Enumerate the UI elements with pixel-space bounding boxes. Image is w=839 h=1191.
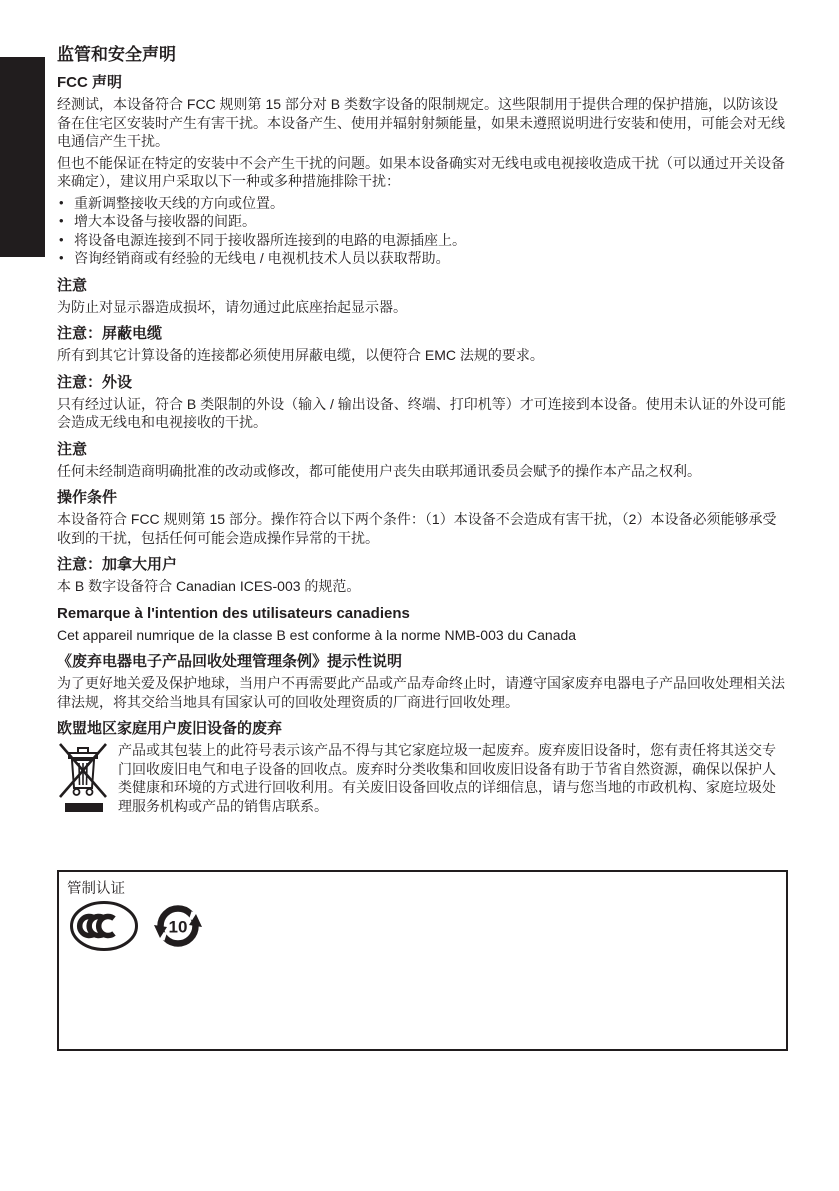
bullet-icon: • [59, 212, 64, 231]
list-item-text: 重新调整接收天线的方向或位置。 [74, 195, 284, 211]
list-item-text: 咨询经销商或有经验的无线电 / 电视机技术人员以获取帮助。 [74, 250, 450, 266]
fcc-paragraph-2: 但也不能保证在特定的安装中不会产生干扰的问题。如果本设备确实对无线电或电视接收造… [57, 154, 787, 191]
page-content: 监管和安全声明 FCC 声明 经测试，本设备符合 FCC 规则第 15 部分对 … [57, 0, 787, 822]
remarque-canada-body: Cet appareil numrique de la classe B est… [57, 626, 787, 645]
bullet-icon: • [59, 194, 64, 213]
fcc-paragraph-1: 经测试，本设备符合 FCC 规则第 15 部分对 B 类数字设备的限制规定。这些… [57, 95, 787, 151]
notice-peripherals-heading: 注意：外设 [57, 374, 787, 391]
bullet-icon: • [59, 249, 64, 268]
efup-years-text: 10 [169, 918, 188, 937]
certification-label: 管制认证 [67, 877, 786, 898]
notice-peripherals-body: 只有经过认证，符合 B 类限制的外设（输入 / 输出设备、终端、打印机等）才可连… [57, 395, 787, 432]
china-rohs-efup-10-logo: 10 [153, 901, 203, 951]
notice-modifications-body: 任何未经制造商明确批准的改动或修改，都可能使用户丧失由联邦通讯委员会赋予的操作本… [57, 462, 787, 481]
bullet-icon: • [59, 231, 64, 250]
list-item: •咨询经销商或有经验的无线电 / 电视机技术人员以获取帮助。 [57, 249, 787, 268]
weee-crossed-out-bin-icon [59, 742, 107, 814]
notice-stand-body: 为防止对显示器造成损坏，请勿通过此底座抬起显示器。 [57, 298, 787, 317]
list-item: •将设备电源连接到不同于接收器所连接到的电路的电源插座上。 [57, 231, 787, 250]
list-item-text: 增大本设备与接收器的间距。 [74, 213, 256, 229]
eu-weee-heading: 欧盟地区家庭用户废旧设备的废弃 [57, 720, 787, 737]
fcc-statement-heading: FCC 声明 [57, 74, 787, 91]
operating-conditions-heading: 操作条件 [57, 489, 787, 506]
list-item-text: 将设备电源连接到不同于接收器所连接到的电路的电源插座上。 [74, 232, 466, 248]
operating-conditions-body: 本设备符合 FCC 规则第 15 部分。操作符合以下两个条件：（1）本设备不会造… [57, 510, 787, 547]
notice-canada-heading: 注意：加拿大用户 [57, 556, 787, 573]
page-edge-tab-marker [0, 57, 45, 257]
page-title: 监管和安全声明 [57, 44, 787, 65]
eu-weee-section: 产品或其包装上的此符号表示该产品不得与其它家庭垃圾一起废弃。废弃废旧设备时，您有… [57, 741, 787, 819]
certification-logos: 10 [68, 900, 786, 952]
list-item: •重新调整接收天线的方向或位置。 [57, 194, 787, 213]
ccc-certification-logo [68, 900, 140, 952]
fcc-remedy-list: •重新调整接收天线的方向或位置。 •增大本设备与接收器的间距。 •将设备电源连接… [57, 194, 787, 268]
notice-shielded-cables-heading: 注意：屏蔽电缆 [57, 325, 787, 342]
notice-modifications-heading: 注意 [57, 441, 787, 458]
list-item: •增大本设备与接收器的间距。 [57, 212, 787, 231]
remarque-canada-heading: Remarque à l'intention des utilisateurs … [57, 605, 787, 622]
notice-stand-heading: 注意 [57, 277, 787, 294]
certification-box: 管制认证 10 [57, 870, 788, 1051]
china-weee-body: 为了更好地关爱及保护地球，当用户不再需要此产品或产品寿命终止时，请遵守国家废弃电… [57, 674, 787, 711]
eu-weee-body: 产品或其包装上的此符号表示该产品不得与其它家庭垃圾一起废弃。废弃废旧设备时，您有… [118, 741, 787, 815]
notice-canada-body: 本 B 数字设备符合 Canadian ICES-003 的规范。 [57, 577, 787, 596]
china-weee-heading: 《废弃电器电子产品回收处理管理条例》提示性说明 [57, 653, 787, 670]
notice-shielded-cables-body: 所有到其它计算设备的连接都必须使用屏蔽电缆，以便符合 EMC 法规的要求。 [57, 346, 787, 365]
